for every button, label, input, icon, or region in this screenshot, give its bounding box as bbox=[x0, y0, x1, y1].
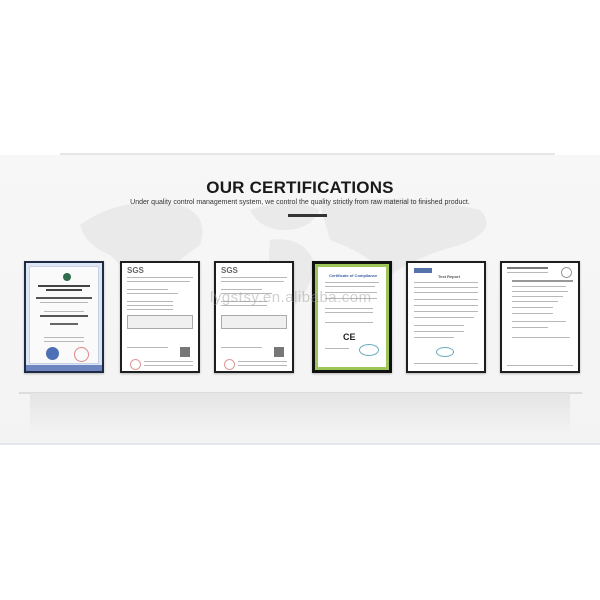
title-underline bbox=[288, 214, 327, 217]
blue-stamp-icon bbox=[359, 344, 379, 356]
sgs-logo: SGS bbox=[221, 266, 238, 275]
logo-icon bbox=[561, 267, 572, 278]
section-subtitle: Under quality control management system,… bbox=[0, 199, 600, 206]
qr-code-icon bbox=[180, 347, 190, 357]
ce-mark: CE bbox=[343, 332, 356, 342]
red-stamp-icon bbox=[130, 359, 141, 370]
certificate-sgs-report-2[interactable]: SGS bbox=[214, 261, 294, 373]
shelf-shadow bbox=[30, 393, 570, 433]
bottom-divider bbox=[0, 443, 600, 445]
sgs-logo: SGS bbox=[127, 266, 144, 275]
certificate-test-report[interactable]: Test Report bbox=[406, 261, 486, 373]
certificate-body bbox=[29, 266, 99, 364]
red-stamp-icon bbox=[74, 347, 89, 362]
red-stamp-icon bbox=[224, 359, 235, 370]
certificate-quality-management[interactable] bbox=[24, 261, 104, 373]
certificate-ce-compliance[interactable]: Certificate of Compliance CE bbox=[312, 261, 392, 373]
certification-seal-icon bbox=[46, 347, 59, 360]
certificate-analysis-report[interactable] bbox=[500, 261, 580, 373]
watermark-text: lygstsy.en.alibaba.com bbox=[210, 289, 372, 306]
certificate-sgs-report-1[interactable]: SGS bbox=[120, 261, 200, 373]
lab-logo-icon bbox=[414, 268, 432, 273]
section-title: OUR CERTIFICATIONS bbox=[0, 178, 600, 198]
qr-code-icon bbox=[274, 347, 284, 357]
green-border bbox=[315, 264, 389, 370]
certificate-heading: Test Report bbox=[438, 274, 460, 279]
certificate-footer-band bbox=[26, 365, 102, 371]
certificate-heading: Certificate of Compliance bbox=[329, 273, 377, 278]
blue-stamp-icon bbox=[436, 347, 454, 357]
logo-icon bbox=[63, 273, 71, 281]
